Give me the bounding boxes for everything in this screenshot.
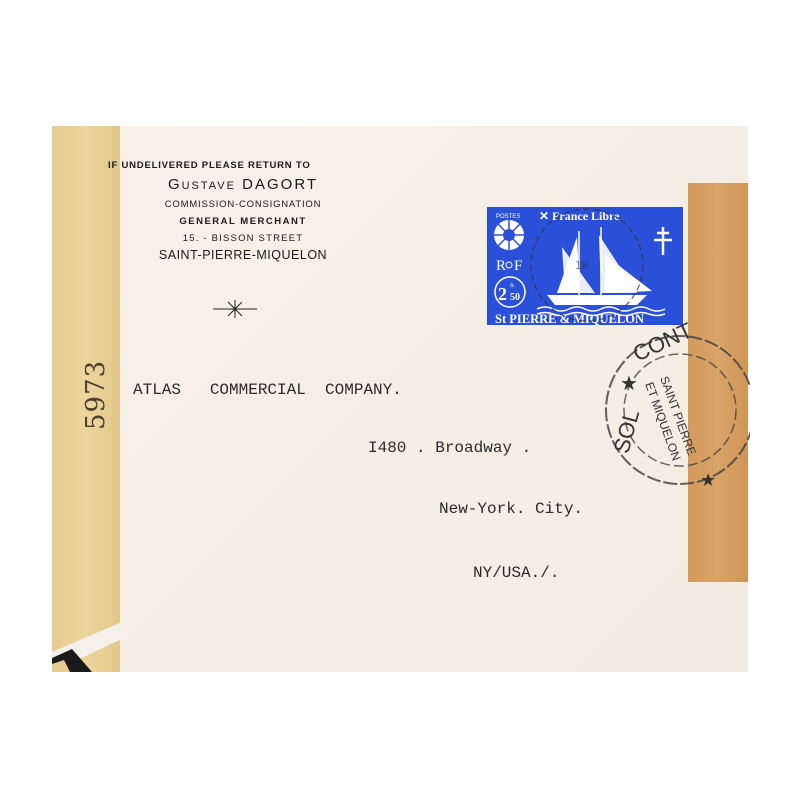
sender-business: COMMISSION-CONSIGNATION (108, 199, 378, 210)
svg-text:18: 18 (575, 258, 589, 272)
addressee-company: ATLAS COMMERCIAL COMPANY. (133, 381, 402, 399)
svg-text:CONT: CONT (629, 318, 696, 366)
addressee-country: NY/USA./. (473, 564, 559, 582)
svg-text:✕ France Libre: ✕ France Libre (539, 209, 620, 223)
svg-text:50: 50 (510, 292, 520, 303)
censor-postmark-icon: CONT SOL ★ ★ SAINT PIERRE ET MIQUELON (600, 318, 750, 498)
sender-city: SAINT-PIERRE-MIQUELON (108, 248, 378, 262)
addressee-city: New-York. City. (439, 500, 583, 518)
return-address: IF UNDELIVERED PLEASE RETURN TO Gustave … (108, 160, 378, 262)
sender-street: 15. - BISSON STREET (108, 233, 378, 244)
censor-number: 5973 (81, 370, 111, 430)
postage-stamp: POSTES ✕ France Libre R F 2 fr. 50 St PI… (487, 207, 683, 325)
svg-text:2: 2 (498, 284, 507, 304)
svg-text:F: F (514, 258, 522, 274)
svg-text:★: ★ (700, 470, 716, 490)
star-ornament-icon (213, 298, 257, 320)
svg-text:★: ★ (620, 373, 638, 395)
sender-name: Gustave DAGORT (108, 176, 378, 193)
return-instruction: IF UNDELIVERED PLEASE RETURN TO (108, 160, 378, 171)
svg-text:POSTES: POSTES (496, 214, 520, 220)
addressee-street: I480 . Broadway . (368, 439, 531, 457)
svg-text:R: R (496, 258, 506, 274)
sender-title: GENERAL MERCHANT (108, 216, 378, 227)
svg-text:fr.: fr. (510, 282, 516, 289)
ship-stamp-icon: POSTES ✕ France Libre R F 2 fr. 50 St PI… (487, 207, 683, 325)
tape-fold-icon (52, 602, 132, 672)
